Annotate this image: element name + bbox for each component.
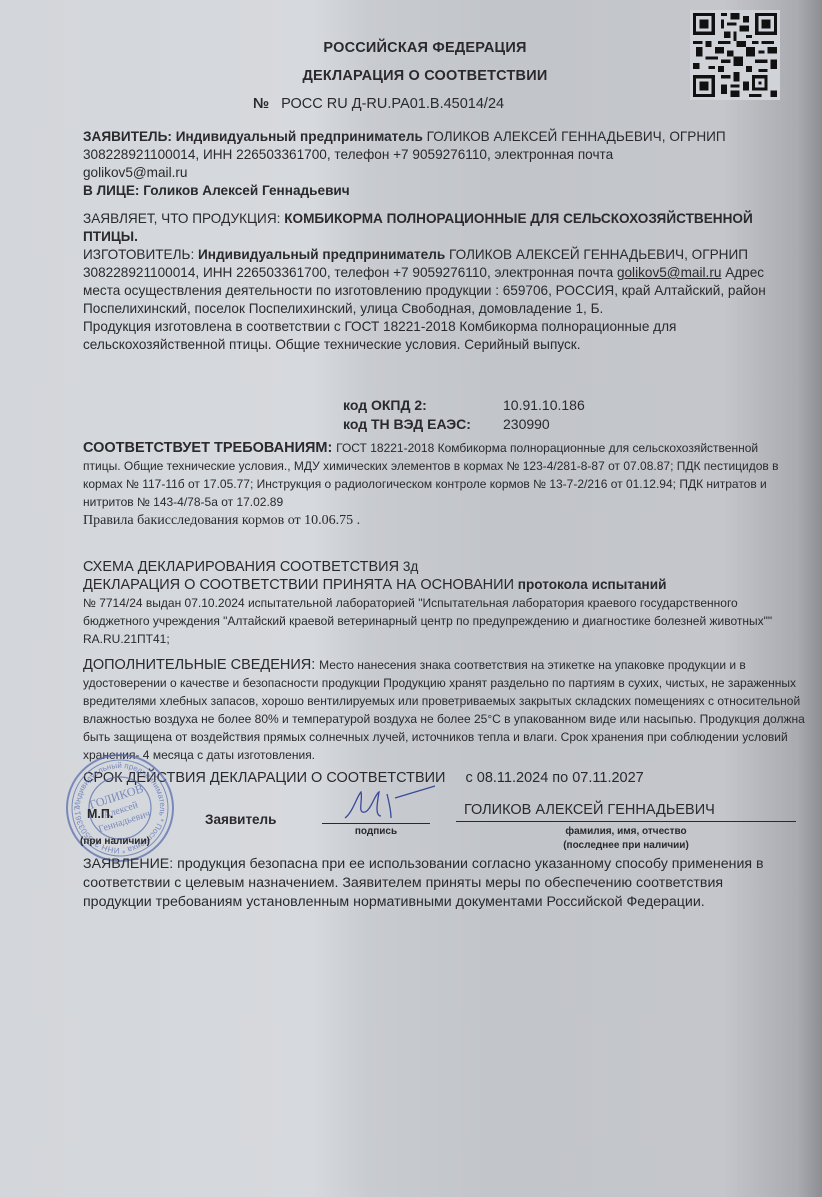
document-title: ДЕКЛАРАЦИЯ О СООТВЕТСТВИИ (0, 68, 822, 84)
person-label: В ЛИЦЕ: (83, 183, 139, 198)
manufacturer-type: Индивидуальный предприниматель (198, 247, 445, 262)
additional-section: ДОПОЛНИТЕЛЬНЫЕ СВЕДЕНИЯ: Место нанесения… (83, 656, 813, 764)
number-symbol: № (253, 96, 269, 112)
name-caption: фамилия, имя, отчество (456, 826, 796, 837)
declares-label: ЗАЯВЛЯЕТ, ЧТО ПРОДУКЦИЯ: (83, 211, 280, 226)
code-okpd: код ОКПД 2: 10.91.10.186 (343, 396, 585, 415)
seal-stamp-icon: Индивидуальный предприниматель * Поспели… (64, 752, 176, 864)
scheme-label: СХЕМА ДЕКЛАРИРОВАНИЯ СООТВЕТСТВИЯ (83, 559, 399, 575)
signature-caption: подпись (322, 826, 430, 837)
seal-label: М.П. (87, 807, 113, 821)
requirements-section: СООТВЕТСТВУЕТ ТРЕБОВАНИЯМ: ГОСТ 18221-20… (83, 439, 798, 530)
code-value: 10.91.10.186 (503, 396, 585, 415)
manufacturing-standard: Продукция изготовлена в соответствии с Г… (83, 319, 676, 352)
name-line (456, 821, 796, 822)
code-tnved: код ТН ВЭД ЕАЭС: 230990 (343, 415, 585, 434)
additional-text: Место нанесения знака соответствия на эт… (83, 658, 805, 762)
classification-codes: код ОКПД 2: 10.91.10.186 код ТН ВЭД ЕАЭС… (343, 396, 585, 434)
statement-text: продукция безопасна при ее использовании… (83, 856, 764, 910)
declaration-number: №РОСС RU Д-RU.РА01.В.45014/24 (253, 96, 504, 112)
requirements-extra: Правила бакисследования кормов от 10.06.… (83, 513, 360, 528)
statement-section: ЗАЯВЛЕНИЕ: продукция безопасна при ее ис… (83, 855, 783, 912)
applicant-section: ЗАЯВИТЕЛЬ: Индивидуальный предпринимател… (83, 128, 803, 200)
applicant-label: ЗАЯВИТЕЛЬ: (83, 129, 172, 144)
basis-text: № 7714/24 выдан 07.10.2024 испытательной… (83, 596, 772, 646)
signature-icon (335, 782, 445, 828)
code-label: код ТН ВЭД ЕАЭС: (343, 415, 503, 434)
code-label: код ОКПД 2: (343, 396, 503, 415)
signer-full-name: ГОЛИКОВ АЛЕКСЕЙ ГЕННАДЬЕВИЧ (464, 802, 715, 818)
scheme-section: СХЕМА ДЕКЛАРИРОВАНИЯ СООТВЕТСТВИЯ 3д ДЕК… (83, 558, 803, 648)
declaration-page: РОССИЙСКАЯ ФЕДЕРАЦИЯ ДЕКЛАРАЦИЯ О СООТВЕ… (0, 0, 822, 1197)
manufacturer-email-link[interactable]: golikov5@mail.ru (617, 265, 721, 280)
statement-label: ЗАЯВЛЕНИЕ: (83, 856, 173, 872)
declaration-number-value: РОСС RU Д-RU.РА01.В.45014/24 (281, 96, 504, 112)
signature-line (322, 823, 430, 824)
product-section: ЗАЯВЛЯЕТ, ЧТО ПРОДУКЦИЯ: КОМБИКОРМА ПОЛН… (83, 210, 783, 354)
name-caption-note: (последнее при наличии) (456, 840, 796, 851)
basis-label-suffix: протокола испытаний (518, 577, 667, 592)
requirements-label: СООТВЕТСТВУЕТ ТРЕБОВАНИЯМ: (83, 440, 332, 456)
additional-label: ДОПОЛНИТЕЛЬНЫЕ СВЕДЕНИЯ: (83, 657, 315, 673)
person-name: Голиков Алексей Геннадьевич (143, 183, 349, 198)
applicant-type: Индивидуальный предприниматель (176, 129, 423, 144)
country-heading: РОССИЙСКАЯ ФЕДЕРАЦИЯ (0, 40, 822, 56)
manufacturer-name: ГОЛИКОВ АЛЕКСЕЙ ГЕННАДЬЕВИЧ, (449, 247, 688, 262)
signer-role: Заявитель (205, 812, 276, 827)
validity-period: с 08.11.2024 по 07.11.2027 (466, 770, 644, 786)
applicant-email: golikov5@mail.ru (83, 165, 187, 180)
code-value: 230990 (503, 415, 550, 434)
seal-note: (при наличии) (80, 836, 150, 847)
scheme-value: 3д (403, 559, 419, 574)
manufacturer-label: ИЗГОТОВИТЕЛЬ: (83, 247, 194, 262)
applicant-name: ГОЛИКОВ АЛЕКСЕЙ ГЕННАДЬЕВИЧ, (427, 129, 666, 144)
basis-label: ДЕКЛАРАЦИЯ О СООТВЕТСТВИИ ПРИНЯТА НА ОСН… (83, 577, 514, 593)
